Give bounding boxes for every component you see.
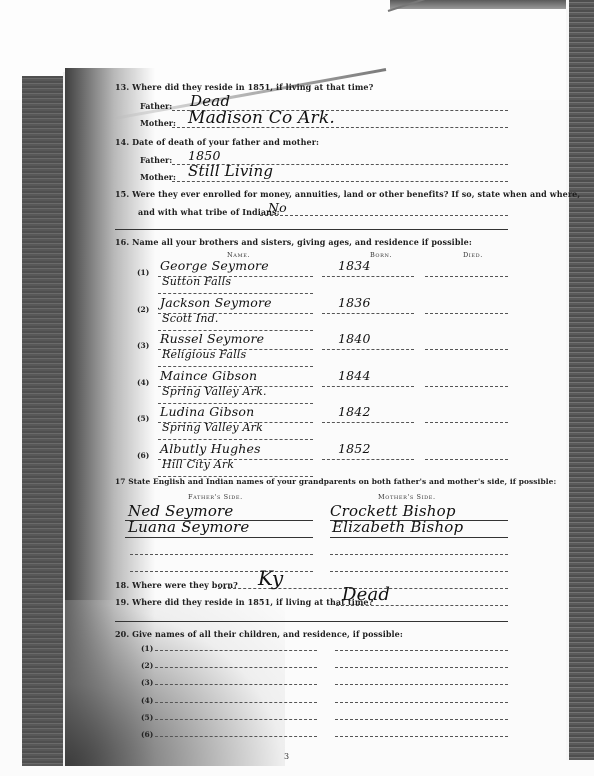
q19-question: 19. Where did they reside in 1851, if li… [115,597,373,607]
child-residence-line[interactable] [335,684,508,685]
sibling-name[interactable]: Jackson Seymore [160,295,272,310]
sibling-born[interactable]: 1834 [338,258,371,273]
sibling-died-line [425,459,508,460]
q18-answer[interactable]: Ky [258,566,283,590]
sibling-residence[interactable]: Hill City Ark [162,458,234,471]
sibling-born[interactable]: 1852 [338,441,371,456]
q14-father-label: Father: [140,155,172,165]
q13-question: 13. Where did they reside in 1851, if li… [115,82,373,92]
section-divider [115,621,508,622]
child-name-line[interactable] [155,736,317,737]
sibling-name[interactable]: Russel Seymore [160,331,264,346]
child-index: (4) [141,696,153,705]
sibling-index: (4) [137,378,149,387]
sibling-born-line [322,276,414,277]
grandparent-line [330,554,508,555]
sibling-born-line [322,313,414,314]
sibling-died-line [425,349,508,350]
sibling-died-line [425,386,508,387]
child-index: (3) [141,678,153,687]
sibling-died-line [425,422,508,423]
q15-answer-line [260,215,508,216]
child-name-line[interactable] [155,650,317,651]
sibling-name[interactable]: Maince Gibson [160,368,257,383]
fathers-side-header: Father's Side. [188,493,243,501]
q14-father-answer[interactable]: 1850 [188,148,221,163]
sibling-index: (1) [137,268,149,277]
sibling-residence[interactable]: Spring Valley Ark [162,421,263,434]
grandparent-line [130,554,313,555]
sibling-born-line [322,422,414,423]
q19-answer[interactable]: Dead [342,584,390,605]
q13-mother-answer[interactable]: Madison Co Ark. [188,108,335,128]
grandparent-line [125,537,313,538]
sibling-residence[interactable]: Religious Falls [162,348,246,361]
child-index: (2) [141,661,153,670]
application-form: 13. Where did they reside in 1851, if li… [0,0,594,776]
sibling-index: (6) [137,451,149,460]
sibling-index: (3) [137,341,149,350]
col-died-header: Died. [463,251,483,259]
q16-question: 16. Name all your brothers and sisters, … [115,237,472,247]
sibling-born-line [322,459,414,460]
child-index: (6) [141,730,153,739]
q14-mother-answer[interactable]: Still Living [188,162,273,180]
child-name-line[interactable] [155,702,317,703]
child-residence-line[interactable] [335,719,508,720]
child-index: (5) [141,713,153,722]
sibling-born[interactable]: 1840 [338,331,371,346]
q20-question: 20. Give names of all their children, an… [115,629,403,639]
sibling-born[interactable]: 1842 [338,404,371,419]
sibling-name[interactable]: George Seymore [160,258,269,273]
section-divider [115,229,508,230]
sibling-born[interactable]: 1836 [338,295,371,310]
q14-question: 14. Date of death of your father and mot… [115,137,319,147]
sibling-name[interactable]: Ludina Gibson [160,404,254,419]
q14-mother-line [172,181,508,182]
sibling-residence[interactable]: Spring Valley Ark. [162,385,267,398]
sibling-born[interactable]: 1844 [338,368,371,383]
grandparent-line [130,571,313,572]
q19-answer-line [336,605,508,606]
q15-question-line1: 15. Were they ever enrolled for money, a… [115,189,580,199]
q13-mother-label: Mother: [140,118,176,128]
grandparent-line [330,571,508,572]
sibling-index: (5) [137,414,149,423]
sibling-name[interactable]: Albutly Hughes [160,441,261,456]
q13-father-label: Father: [140,101,172,111]
q14-mother-label: Mother: [140,172,176,182]
sibling-index: (2) [137,305,149,314]
page-number: 3 [284,752,289,761]
paternal-grandmother[interactable]: Luana Seymore [128,518,249,536]
col-born-header: Born. [370,251,392,259]
maternal-grandmother[interactable]: Elizabeth Bishop [332,518,463,536]
sibling-died-line [425,276,508,277]
child-residence-line[interactable] [335,702,508,703]
sibling-residence[interactable]: Sutton Falls [162,275,231,288]
mothers-side-header: Mother's Side. [378,493,436,501]
child-name-line[interactable] [155,667,317,668]
child-residence-line[interactable] [335,667,508,668]
sibling-residence[interactable]: Scott Ind. [162,312,219,325]
child-name-line[interactable] [155,719,317,720]
q15-answer[interactable]: No [268,200,287,215]
child-name-line[interactable] [155,684,317,685]
child-index: (1) [141,644,153,653]
sibling-died-line [425,313,508,314]
q17-question: 17 State English and Indian names of you… [115,477,556,486]
sibling-born-line [322,386,414,387]
q15-question-line2: and with what tribe of Indians: [138,207,280,217]
sibling-born-line [322,349,414,350]
child-residence-line[interactable] [335,736,508,737]
child-residence-line[interactable] [335,650,508,651]
grandparent-line [330,537,508,538]
